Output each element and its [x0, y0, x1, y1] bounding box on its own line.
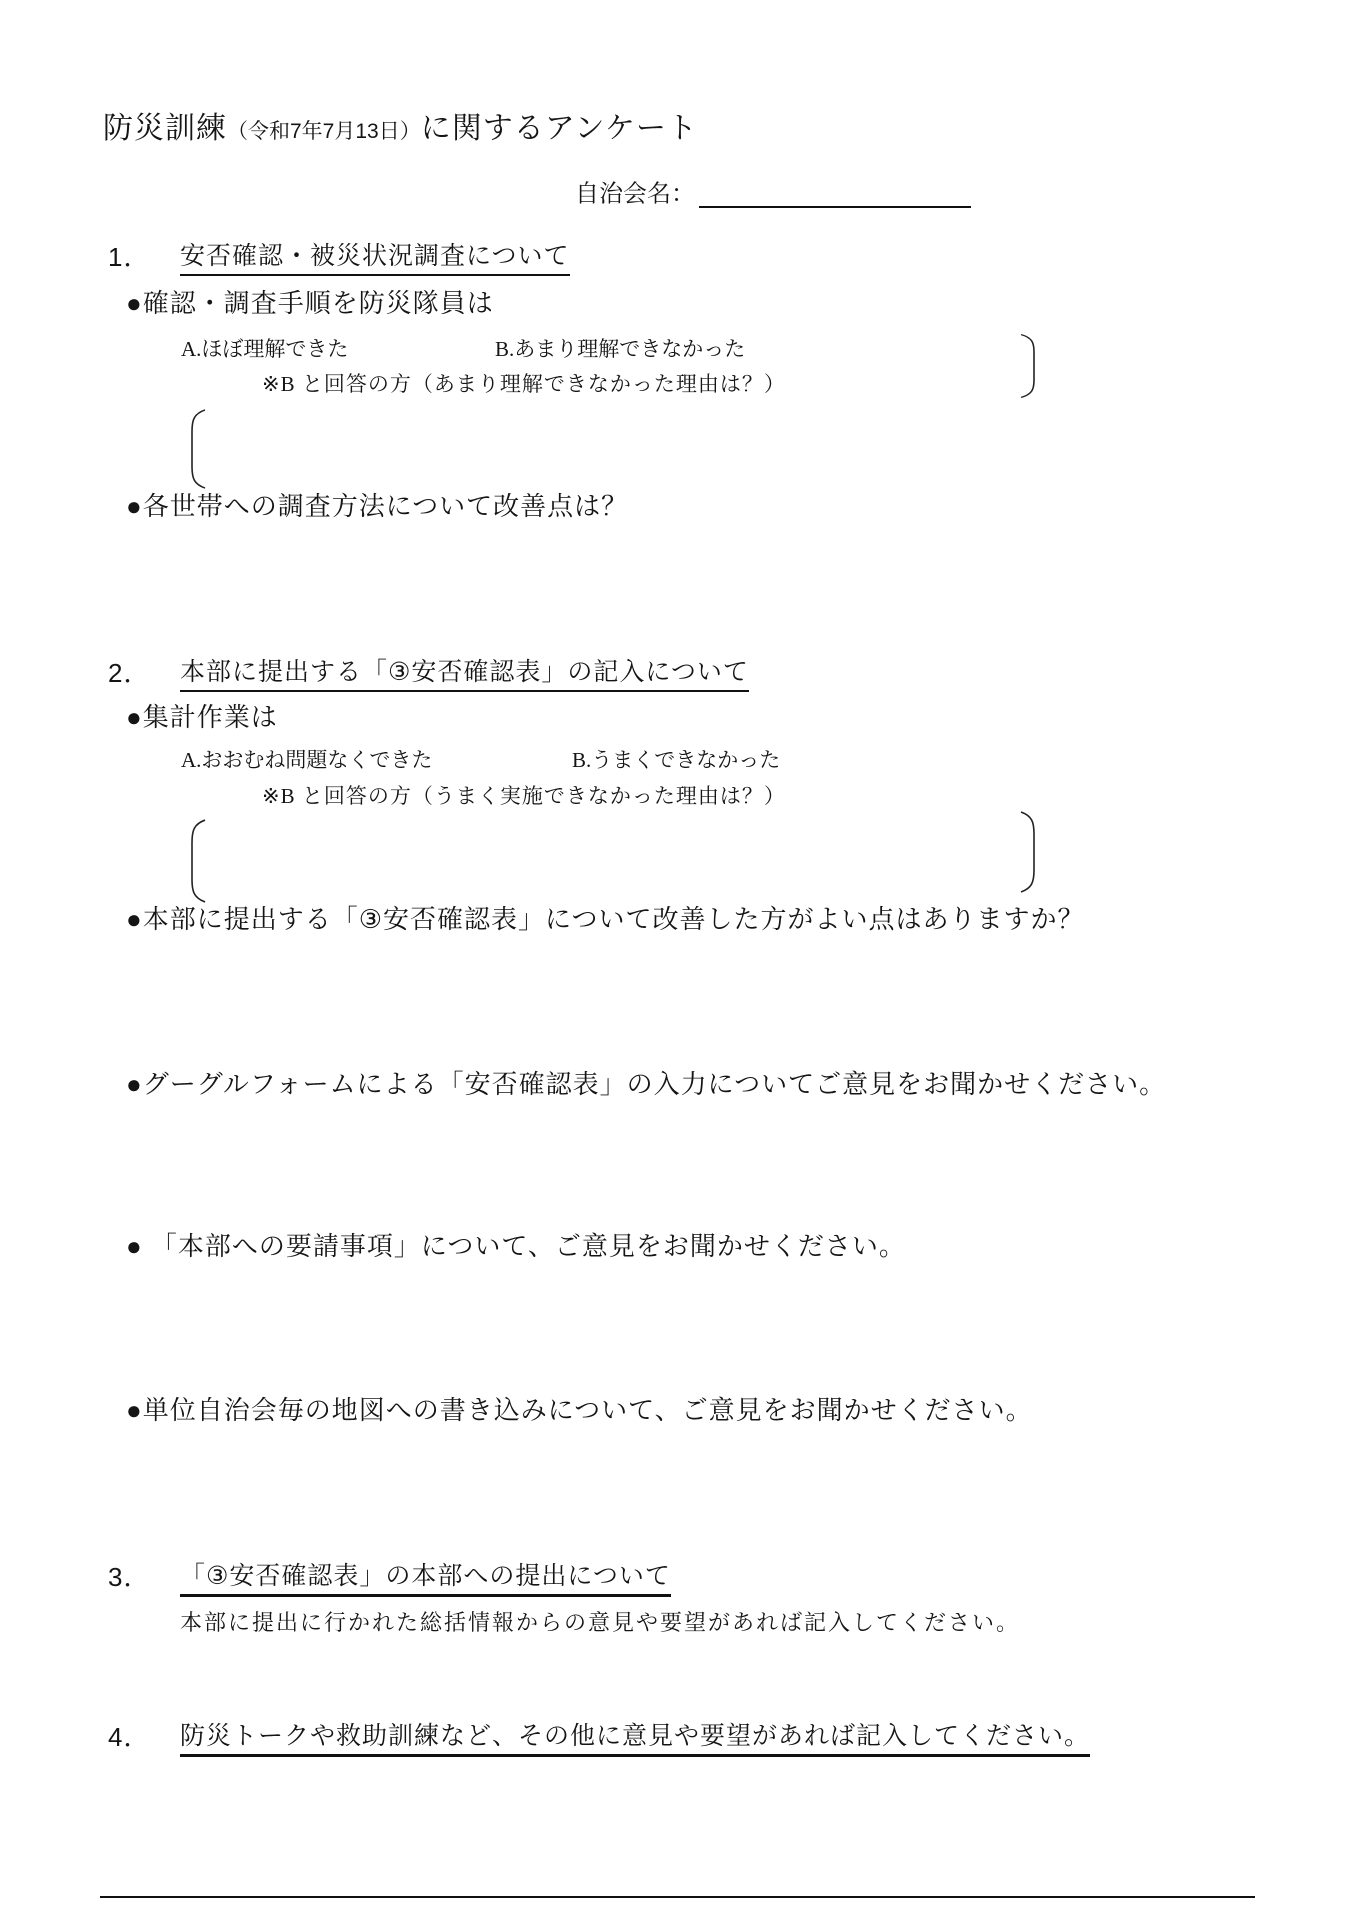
q2-answer-open-paren-icon: [188, 818, 208, 904]
q2-number: 2．: [108, 659, 150, 689]
q2-bullet-hq-request-opinion: ● 「本部への要請事項」について、ご意見をお聞かせください。: [126, 1232, 906, 1262]
q2-bullet-tally-work: ●集計作業は: [126, 703, 278, 733]
q1-number: 1．: [108, 243, 150, 273]
association-name-blank-field: [699, 180, 971, 208]
association-name-row: 自治会名：: [575, 180, 971, 208]
q1-answer-open-paren-icon: [188, 408, 208, 490]
title-date: （令和7年7月13日）: [227, 120, 421, 143]
q2-note-reason-for-b: ※B と回答の方（うまく実施できなかった理由は？）: [262, 784, 786, 808]
q4-heading: 防災トークや救助訓練など、その他に意見や要望があれば記入してください。: [180, 1722, 1090, 1757]
q1-bullet-procedure-understanding: ●確認・調査手順を防災隊員は: [126, 289, 494, 319]
q2-bullet-form-improvement: ●本部に提出する「③安否確認表」について改善した方がよい点はありますか？: [126, 905, 1085, 935]
q3-subtext-instructions: 本部に提出に行かれた総括情報からの意見や要望があれば記入してください。: [180, 1610, 1020, 1635]
q4-number: 4．: [108, 1723, 150, 1753]
page-bottom-rule: [100, 1896, 1255, 1898]
q2-bullet-map-writing-opinion: ●単位自治会毎の地図への書き込みについて、ご意見をお聞かせください。: [126, 1396, 1033, 1426]
title-tail: に関するアンケート: [421, 112, 698, 145]
q1-answer-close-paren-icon: [1018, 333, 1038, 399]
association-name-label: 自治会名：: [575, 180, 695, 207]
q2-answer-close-paren-icon: [1018, 810, 1038, 894]
q1-option-a: A.ほぼ理解できた: [181, 337, 348, 361]
q1-bullet-survey-method-improvement: ●各世帯への調査方法について改善点は？: [126, 492, 628, 522]
q3-heading: 「③安否確認表」の本部への提出について: [180, 1562, 671, 1597]
q1-note-reason-for-b: ※B と回答の方（あまり理解できなかった理由は？）: [262, 372, 786, 396]
title-main: 防災訓練: [103, 112, 227, 145]
page-title: 防災訓練（令和7年7月13日）に関するアンケート: [103, 112, 698, 147]
q2-option-b: B.うまくできなかった: [572, 748, 780, 772]
q3-number: 3．: [108, 1563, 150, 1593]
q1-heading: 安否確認・被災状況調査について: [180, 242, 570, 276]
q2-option-a: A.おおむね問題なくできた: [181, 748, 432, 772]
q2-bullet-google-form-opinion: ●グーグルフォームによる「安否確認表」の入力についてご意見をお聞かせください。: [126, 1070, 1166, 1100]
survey-document-page: 防災訓練（令和7年7月13日）に関するアンケート 自治会名： 1． 安否確認・被…: [0, 0, 1358, 1920]
q1-option-b: B.あまり理解できなかった: [495, 337, 745, 361]
q2-heading: 本部に提出する「③安否確認表」の記入について: [180, 658, 749, 692]
